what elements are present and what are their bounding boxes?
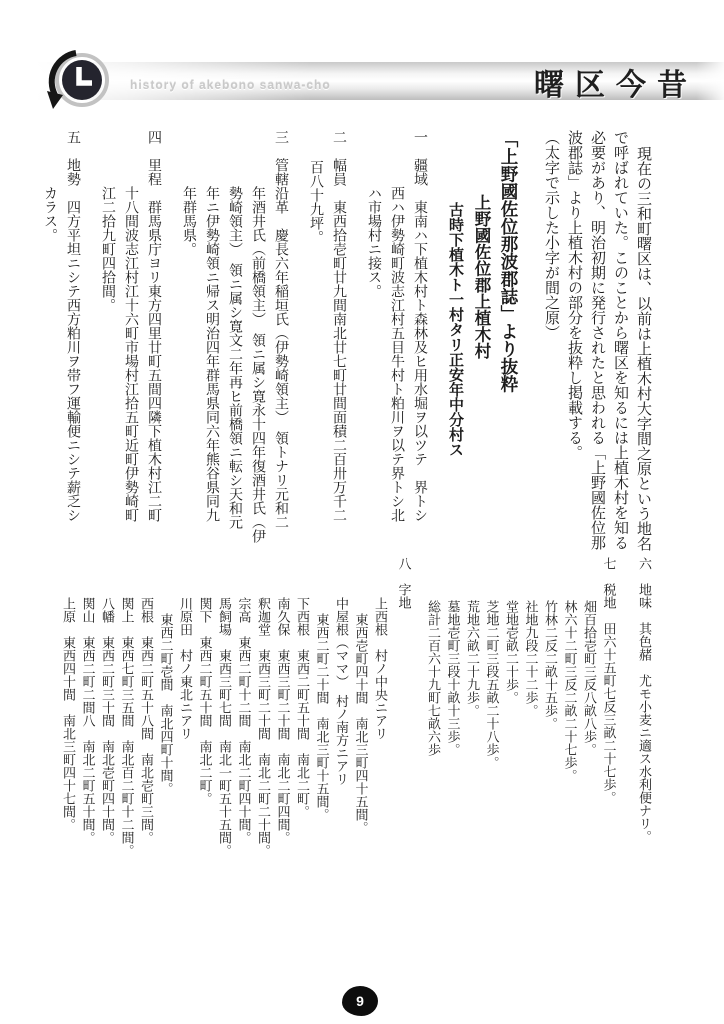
item-1-line: 一 疆域 東南ハ下植木村ト森林及ヒ用水堀ヲ以ツテ 界トシ	[408, 130, 431, 605]
item-8-entry: 関下 東西二町五十間 南北二町。	[195, 557, 215, 1012]
item-3-line: 年酒井氏（前橋領主） 領ニ属シ寛永十四年復酒井氏（伊	[246, 130, 269, 605]
item-3-line: 年ニ伊勢崎領ニ帰ス明治四年群馬県同六年熊谷県同九	[200, 130, 223, 605]
item-8-entry: 南久保 東西三町二十間 南北二町四間。	[273, 557, 293, 1012]
intro-line: で呼ばれていた。このことから曙区を知るには上植木村を知る	[608, 130, 631, 605]
item-3-line: 勢崎領主） 領ニ属シ寛文二年再ヒ前橋領ニ転シ天和元	[223, 130, 246, 605]
item-8-entry: 八幡 東西二町三十間 南北壱町四十間。	[98, 557, 118, 1012]
item-5-line: 五 地勢 四方平坦ニシテ西方粕川ヲ帯フ運輸便ニシテ薪乏シ	[61, 130, 84, 605]
excerpt-heading: 「上野國佐位那波郡誌」より抜粋	[494, 130, 524, 605]
note-heading: 古時下植木ト一村タリ正安年中分村ス	[443, 130, 468, 605]
item-7-line: 七 税地 田六十五町七反三畝二十七歩。	[599, 557, 619, 1012]
village-heading: 上野國佐位郡上植木村	[468, 130, 494, 605]
page-number-badge: 9	[342, 986, 378, 1016]
item-4-line: 江二拾九町四拾間。	[96, 130, 119, 605]
item-8-entry: 東西壱町四十間 南北三町四十五間。	[351, 557, 371, 1012]
intro-note-line: （太字で示した小字が間之原）	[539, 130, 562, 605]
item-2-line: 二 幅員 東西拾壱町廿九間南北廿七町廿間面積二百卅万千二	[327, 130, 350, 605]
item-8-entry: 中屋根（ママ） 村ノ南方ニアリ	[332, 557, 352, 1012]
item-4-line: 十八間波志江村江十六町市場村江拾五町近町伊勢崎町	[119, 130, 142, 605]
item-3-line: 年群馬県。	[177, 130, 200, 605]
item-8-entry: 下西根 東西二町五十間 南北二町。	[293, 557, 313, 1012]
item-5-line: カラス。	[38, 130, 61, 605]
header-tagline: history of akebono sanwa-cho	[130, 78, 331, 92]
item-8-entry: 西根 東西二町五十八間 南北壱町三間。	[137, 557, 157, 1012]
item-4-line: 四 里程 群馬県庁ヨリ東方四里廿町五間四隣下植木村江二町	[142, 130, 165, 605]
item-7-line: 荒地六畝二十九歩。	[463, 557, 483, 1012]
page-number: 9	[356, 993, 364, 1009]
item-8-entry: 上西根 村ノ中央ニアリ	[371, 557, 391, 1012]
item-1-line: 西ハ伊勢崎町波志江村五目牛村ト粕川ヲ以テ界トシ北	[385, 130, 408, 605]
item-2-line: 百八十九坪。	[304, 130, 327, 605]
item-8-entry: 川原田 村ノ東北ニアリ	[176, 557, 196, 1012]
item-7-line: 畑百拾壱町三反八畝八歩。	[580, 557, 600, 1012]
page-title: 曙区今昔	[534, 60, 698, 104]
item-8-entry: 関上 東西七町三五間 南北百二町十二間。	[117, 557, 137, 1012]
item-8-entry: 釈迦堂 東西三町二十間 南北二町二十間。	[254, 557, 274, 1012]
item-8-heading: 八 字地	[394, 557, 414, 1012]
item-7-line: 墓地壱町三段十畝十三歩。	[443, 557, 463, 1012]
item-8-entry: 馬飼場 東西三町七間 南北一町五十五間。	[215, 557, 235, 1012]
item-7-line: 社地九段二十二歩。	[521, 557, 541, 1012]
item-7-line: 堂地壱畝二十歩。	[502, 557, 522, 1012]
bottom-text-band: 六 地味 其色赭 尤モ小麦ニ適ス水利便ナリ。 七 税地 田六十五町七反三畝二十七…	[59, 557, 655, 1012]
item-8-entry: 関山 東西二町二間八 南北二町五十間。	[78, 557, 98, 1012]
item-7-line: 総計二百六十九町七畝六歩	[424, 557, 444, 1012]
item-1-line: ハ市場村ニ接ス。	[362, 130, 385, 605]
item-8-entry: 東西二町壱間 南北四町十間。	[156, 557, 176, 1012]
item-8-entry: 宗高 東西二町十二間 南北二町四十間。	[234, 557, 254, 1012]
intro-line: 必要があり、明治初期に発行されたと思われる「上野國佐位那	[585, 130, 608, 605]
top-text-band: 現在の三和町曙区は、以前は上植木村大字間之原という地名 で呼ばれていた。このこと…	[38, 130, 654, 605]
item-7-line: 林六十二町三反二畝二十七歩。	[560, 557, 580, 1012]
intro-line: 波郡誌」より上植木村の部分を抜粋し掲載する。	[562, 130, 585, 605]
item-8-entry: 上原 東西四十間 南北三町四十七間。	[59, 557, 79, 1012]
item-3-line: 三 管轄沿革 慶長六年稲垣氏（伊勢崎領主） 領トナリ元和二	[269, 130, 292, 605]
intro-line: 現在の三和町曙区は、以前は上植木村大字間之原という地名	[631, 130, 654, 605]
item-7-line: 竹林二反二畝十五歩。	[541, 557, 561, 1012]
item-7-line: 芝地二町三段五畝二十八歩。	[482, 557, 502, 1012]
item-8-entry: 東西二町二十間 南北三町十五間。	[312, 557, 332, 1012]
item-6-line: 六 地味 其色赭 尤モ小麦ニ適ス水利便ナリ。	[635, 557, 655, 1012]
clock-icon	[46, 50, 110, 116]
